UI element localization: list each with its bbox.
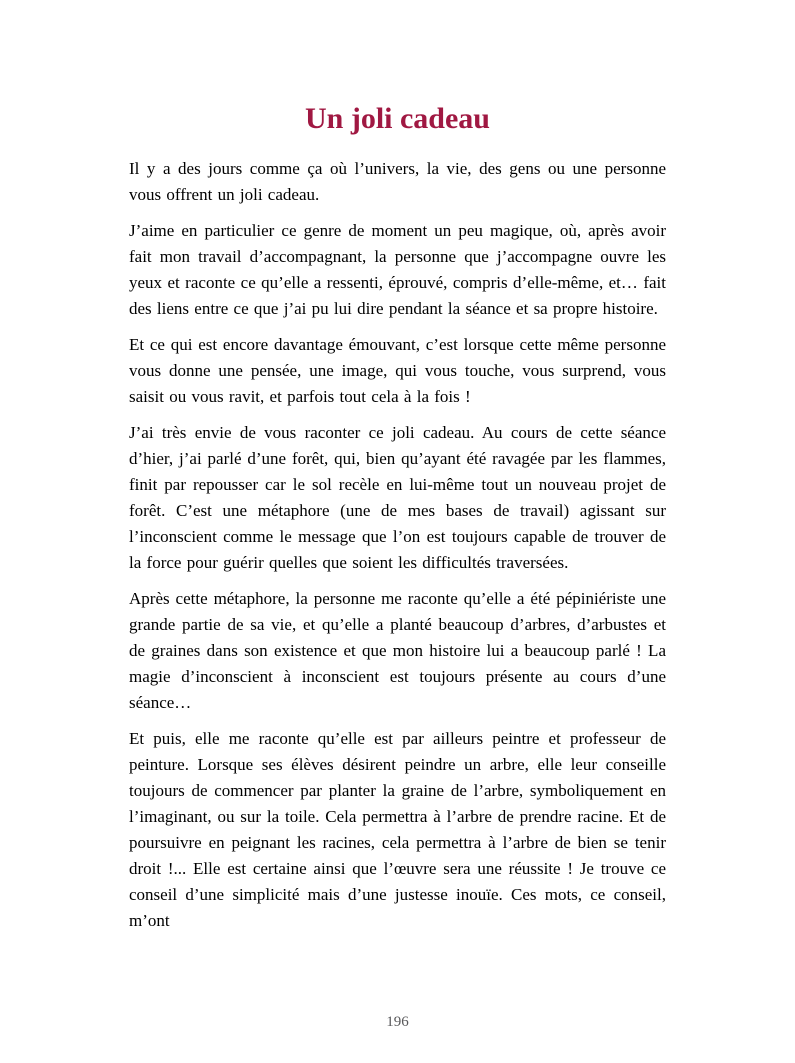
page-content: Un joli cadeau Il y a des jours comme ça…	[129, 101, 666, 934]
paragraph: Il y a des jours comme ça où l’univers, …	[129, 156, 666, 208]
paragraph: Après cette métaphore, la personne me ra…	[129, 586, 666, 716]
paragraph: Et puis, elle me raconte qu’elle est par…	[129, 726, 666, 934]
paragraph: Et ce qui est encore davantage émouvant,…	[129, 332, 666, 410]
paragraph: J’ai très envie de vous raconter ce joli…	[129, 420, 666, 576]
page-number: 196	[0, 1013, 795, 1031]
book-page: Un joli cadeau Il y a des jours comme ça…	[0, 0, 795, 1063]
chapter-title: Un joli cadeau	[129, 101, 666, 137]
paragraph: J’aime en particulier ce genre de moment…	[129, 218, 666, 322]
